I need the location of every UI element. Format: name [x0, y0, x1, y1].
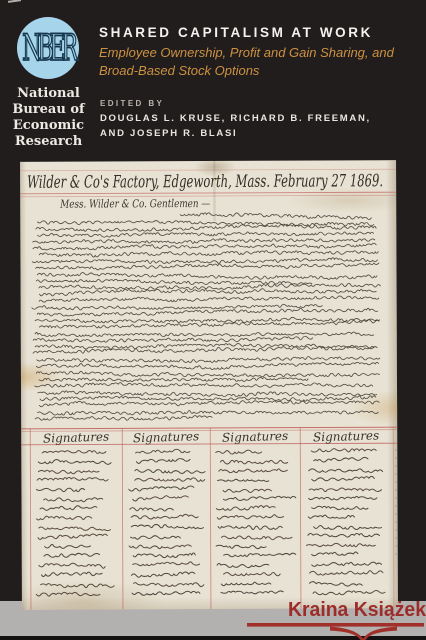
- scan-artifact: [8, 0, 21, 3]
- book-subtitle: Employee Ownership, Profit and Gain Shar…: [99, 44, 419, 80]
- editors-line: DOUGLAS L. KRUSE, RICHARD B. FREEMAN,: [100, 112, 420, 127]
- signature-column-header: Signatures: [133, 429, 200, 445]
- book-title: SHARED CAPITALISM AT WORK: [99, 25, 419, 40]
- editors-line: AND JOSEPH R. BLASI: [100, 127, 420, 142]
- document-heading: Wilder & Co's Factory, Edgeworth, Mass. …: [27, 171, 383, 193]
- subtitle-line: Broad-Based Stock Options: [99, 62, 419, 80]
- subtitle-line: Employee Ownership, Profit and Gain Shar…: [99, 44, 419, 62]
- org-line: Research: [0, 134, 97, 150]
- bookstore-watermark: Kraina Książek: [246, 599, 426, 622]
- signature-column-header: Signatures: [222, 429, 289, 445]
- editors-names: DOUGLAS L. KRUSE, RICHARD B. FREEMAN, AN…: [100, 112, 420, 141]
- signature-column-header: Signatures: [313, 428, 380, 444]
- document-salutation: Mess. Wilder & Co. Gentlemen —: [59, 197, 210, 211]
- nber-logo-icon: NBER: [17, 17, 79, 79]
- bookstore-logo-icon: [247, 622, 425, 640]
- organization-name: National Bureau of Economic Research: [0, 86, 97, 150]
- historical-document-image: Wilder & Co's Factory, Edgeworth, Mass. …: [20, 160, 398, 610]
- org-line: Economic: [0, 118, 97, 134]
- signature-column-header: Signatures: [43, 430, 110, 446]
- nber-monogram: NBER: [22, 28, 79, 70]
- org-line: Bureau of: [0, 102, 97, 118]
- edited-by-label: EDITED BY: [100, 99, 164, 108]
- org-line: National: [0, 86, 97, 102]
- handwritten-body: [31, 212, 381, 421]
- book-cover: NBER National Bureau of Economic Researc…: [0, 0, 426, 640]
